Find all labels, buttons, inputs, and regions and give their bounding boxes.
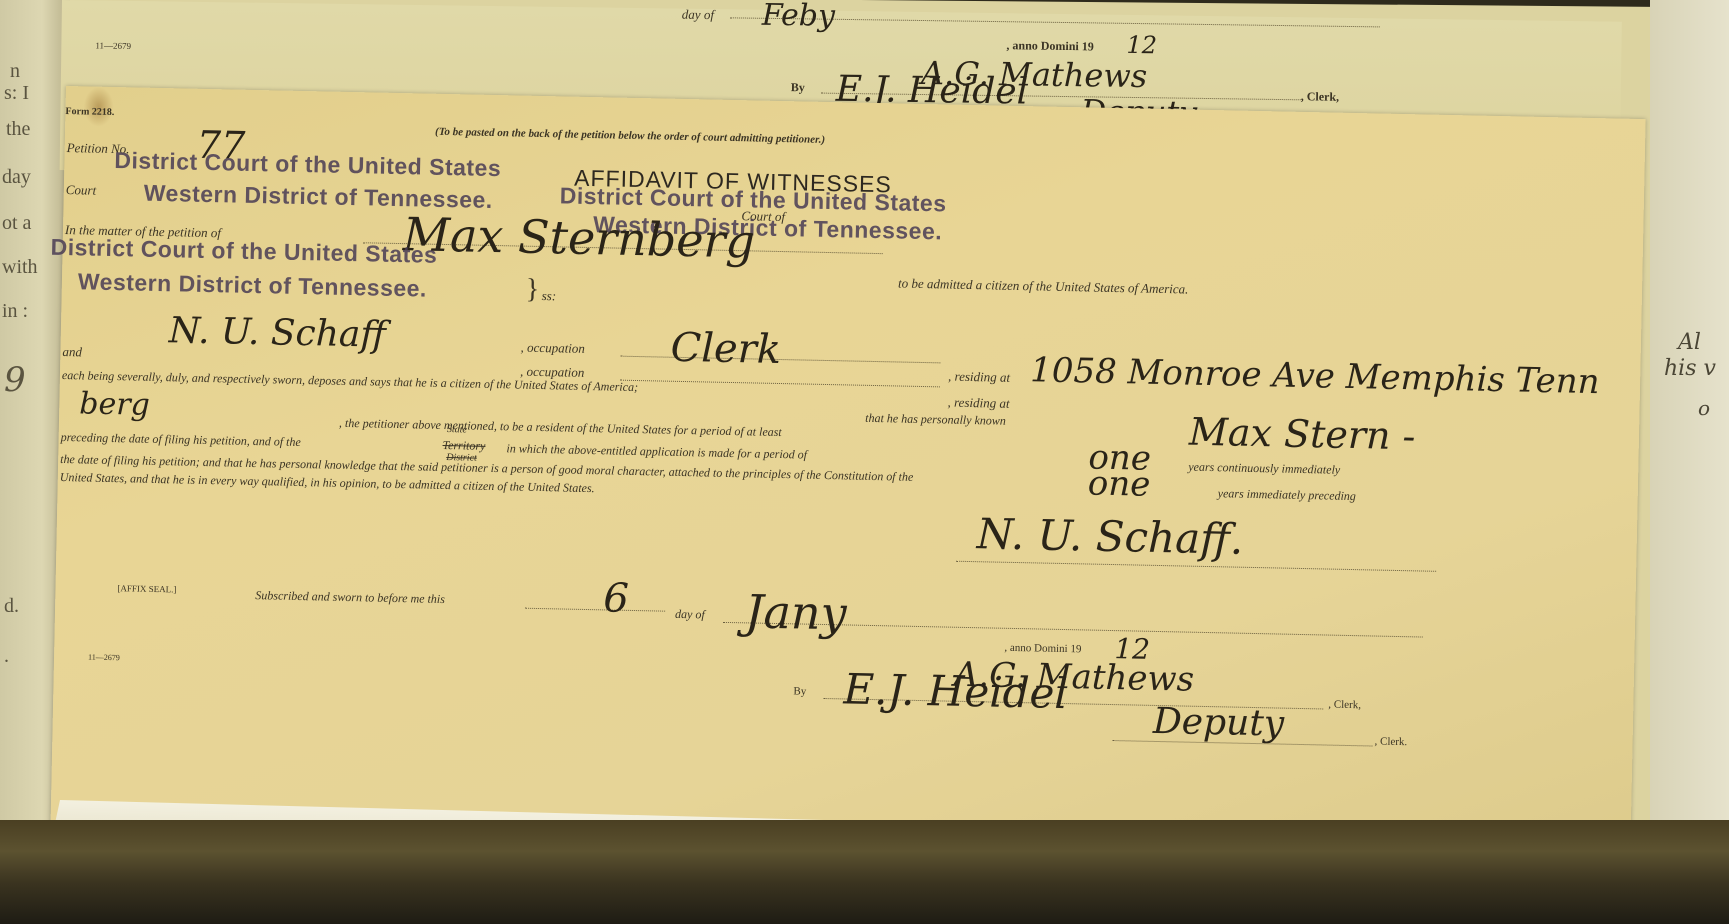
margin-text: o xyxy=(1698,396,1710,420)
anno-domini-label: , anno Domini 19 xyxy=(1006,38,1094,54)
margin-text: Al xyxy=(1678,330,1701,355)
body-line-3-tail: in which the above-entitled application … xyxy=(506,441,807,462)
form-code: 11—2679 xyxy=(95,40,131,50)
witness-1-residence: 1058 Monroe Ave Memphis Tenn xyxy=(1030,350,1600,402)
margin-text: . xyxy=(4,645,9,668)
day-line xyxy=(525,608,665,612)
margin-text: n xyxy=(10,60,20,83)
court-stamp: Western District of Tennessee. xyxy=(78,268,428,302)
residing-label: , residing at xyxy=(948,369,1010,386)
body-line-2: , the petitioner above mentioned, to be … xyxy=(339,416,782,440)
occupation-label: , occupation xyxy=(520,340,585,357)
court-label: Court xyxy=(66,182,97,199)
by-label: By xyxy=(791,80,805,95)
by-label: By xyxy=(793,685,806,697)
years-text-2: years immediately preceding xyxy=(1218,486,1356,504)
petitioner-name: Max Sternberg xyxy=(402,207,755,268)
margin-text: s: I xyxy=(4,82,29,105)
day-of-label: day of xyxy=(675,607,705,623)
known-name: Max Stern - xyxy=(1189,410,1416,459)
body-line-3: preceding the date of filing his petitio… xyxy=(60,430,300,450)
right-book-page: Al his v o xyxy=(1650,0,1729,830)
margin-text: day xyxy=(2,166,31,189)
clerk-label: , Clerk, xyxy=(1301,89,1340,105)
state-word: State xyxy=(447,424,467,435)
body-known-label: that he has personally known xyxy=(865,411,1006,429)
witness-signature: N. U. Schaff. xyxy=(976,509,1243,564)
margin-text: with xyxy=(2,256,38,279)
paste-instruction: (To be pasted on the back of the petitio… xyxy=(435,126,825,146)
witness-1-occupation: Clerk xyxy=(670,325,781,373)
month-handwritten: Feby xyxy=(762,0,836,34)
clerk-label: , Clerk. xyxy=(1374,736,1407,749)
deputy-signature: E.J. Heidel xyxy=(843,664,1068,718)
clerk-label: , Clerk, xyxy=(1328,699,1361,712)
and-label: and xyxy=(62,344,82,360)
form-code: 11—2679 xyxy=(88,653,120,663)
margin-text: 9 xyxy=(4,360,26,400)
years-resident-state: one xyxy=(1087,463,1150,504)
deputy-word: Deputy xyxy=(1153,701,1285,745)
anno-domini-label: , anno Domini 19 xyxy=(1004,642,1081,656)
residing-label: , residing at xyxy=(947,395,1009,412)
year-handwritten: 12 xyxy=(1126,31,1157,59)
witness-1-name: N. U. Schaff xyxy=(168,310,386,356)
court-stamp: District Court of the United States xyxy=(50,234,437,269)
affix-seal-label: [AFFIX SEAL.] xyxy=(117,583,176,594)
margin-text: in : xyxy=(2,300,28,323)
ss-label: ss: xyxy=(542,288,557,304)
petitioner-name-tail: berg xyxy=(79,386,150,422)
occupation-line xyxy=(620,380,940,388)
margin-text: d. xyxy=(4,595,19,618)
margin-text: the xyxy=(6,118,30,141)
day-of-label: day of xyxy=(682,7,714,23)
admitted-text: to be admitted a citizen of the United S… xyxy=(898,275,1189,297)
day-number: 6 xyxy=(603,575,629,622)
affidavit-of-witnesses-form: Form 2218. (To be pasted on the back of … xyxy=(51,86,1646,859)
court-stamp: District Court of the United States xyxy=(114,147,501,182)
subscribed-label: Subscribed and sworn to before me this xyxy=(255,588,445,607)
years-text-1: years continuously immediately xyxy=(1188,460,1340,478)
book-binding xyxy=(0,820,1729,924)
brace: } xyxy=(526,274,540,306)
margin-text: his v xyxy=(1664,356,1716,381)
month-handwritten: Jany xyxy=(745,584,848,640)
form-number: Form 2218. xyxy=(65,106,114,118)
margin-text: ot a xyxy=(2,212,31,235)
